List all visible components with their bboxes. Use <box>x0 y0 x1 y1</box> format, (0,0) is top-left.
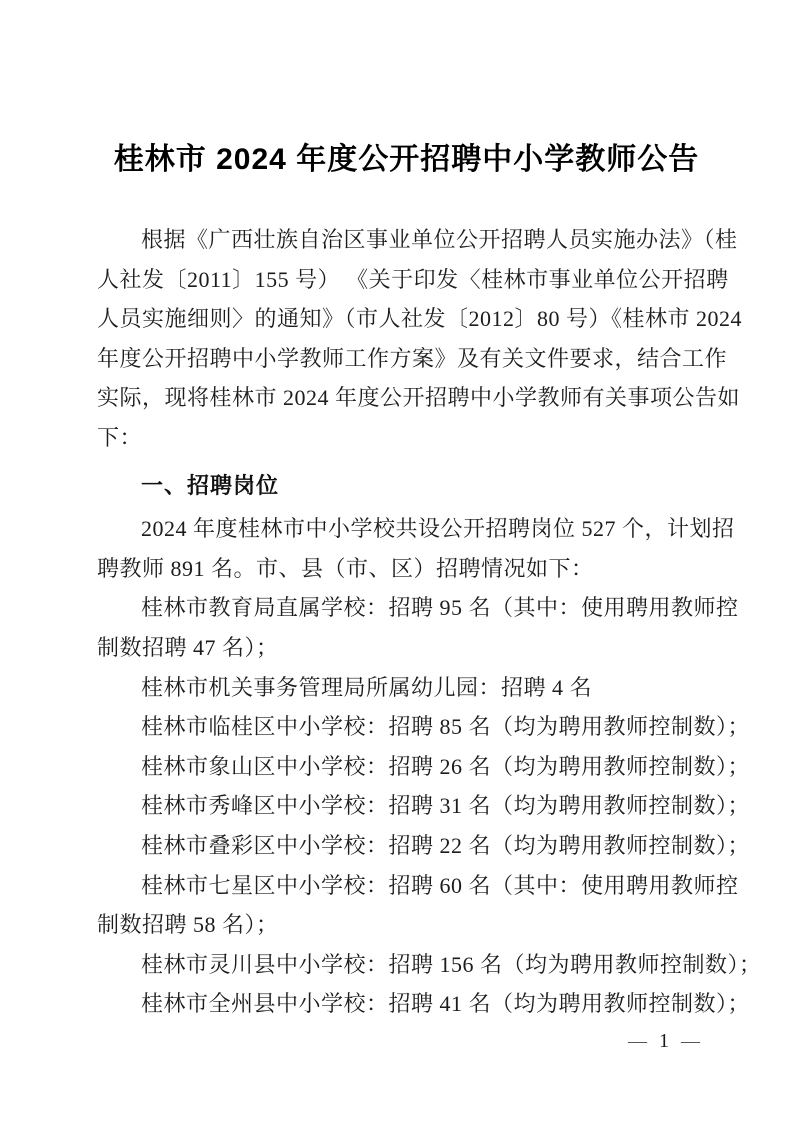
text-line: 桂林市秀峰区中小学校：招聘 31 名（均为聘用教师控制数）； <box>97 786 716 826</box>
section-heading: 一、招聘岗位 <box>97 466 716 506</box>
intro-paragraph: 根据《广西壮族自治区事业单位公开招聘人员实施办法》（桂人社发〔2011〕155 … <box>97 220 716 458</box>
document-content: 桂林市 2024 年度公开招聘中小学教师公告 根据《广西壮族自治区事业单位公开招… <box>0 0 800 1024</box>
text-line: 桂林市机关事务管理局所属幼儿园：招聘 4 名 <box>97 668 716 708</box>
text-line: 人员实施细则〉的通知》（市人社发〔2012〕80 号）《桂林市 2024 <box>97 299 716 339</box>
text-line: 聘教师 891 名。市、县（市、区）招聘情况如下： <box>97 549 716 589</box>
document-title: 桂林市 2024 年度公开招聘中小学教师公告 <box>97 140 716 180</box>
footer-dash-right: — <box>681 1031 700 1053</box>
page-footer: — 1 — <box>628 1030 700 1053</box>
text-line: 制数招聘 58 名）； <box>97 905 716 945</box>
text-line: 桂林市叠彩区中小学校：招聘 22 名（均为聘用教师控制数）； <box>97 826 716 866</box>
footer-dash-left: — <box>628 1031 647 1053</box>
text-line: 实际，现将桂林市 2024 年度公开招聘中小学教师有关事项公告如 <box>97 378 716 418</box>
page-number: 1 <box>659 1030 669 1053</box>
text-line: 2024 年度桂林市中小学校共设公开招聘岗位 527 个，计划招 <box>97 509 716 549</box>
text-line: 桂林市临桂区中小学校：招聘 85 名（均为聘用教师控制数）； <box>97 707 716 747</box>
text-line: 年度公开招聘中小学教师工作方案》及有关文件要求，结合工作 <box>97 339 716 379</box>
text-line: 人社发〔2011〕155 号） 《关于印发〈桂林市事业单位公开招聘 <box>97 260 716 300</box>
text-line: 制数招聘 47 名）； <box>97 628 716 668</box>
document-page: 桂林市 2024 年度公开招聘中小学教师公告 根据《广西壮族自治区事业单位公开招… <box>0 0 800 1131</box>
section-body: 2024 年度桂林市中小学校共设公开招聘岗位 527 个，计划招聘教师 891 … <box>97 509 716 1024</box>
text-line: 桂林市教育局直属学校：招聘 95 名（其中：使用聘用教师控 <box>97 588 716 628</box>
text-line: 桂林市象山区中小学校：招聘 26 名（均为聘用教师控制数）； <box>97 747 716 787</box>
text-line: 桂林市七星区中小学校：招聘 60 名（其中：使用聘用教师控 <box>97 866 716 906</box>
text-line: 桂林市灵川县中小学校：招聘 156 名（均为聘用教师控制数）； <box>97 945 716 985</box>
text-line: 桂林市全州县中小学校：招聘 41 名（均为聘用教师控制数）； <box>97 984 716 1024</box>
text-line: 根据《广西壮族自治区事业单位公开招聘人员实施办法》（桂 <box>97 220 716 260</box>
text-line: 下： <box>97 418 716 458</box>
